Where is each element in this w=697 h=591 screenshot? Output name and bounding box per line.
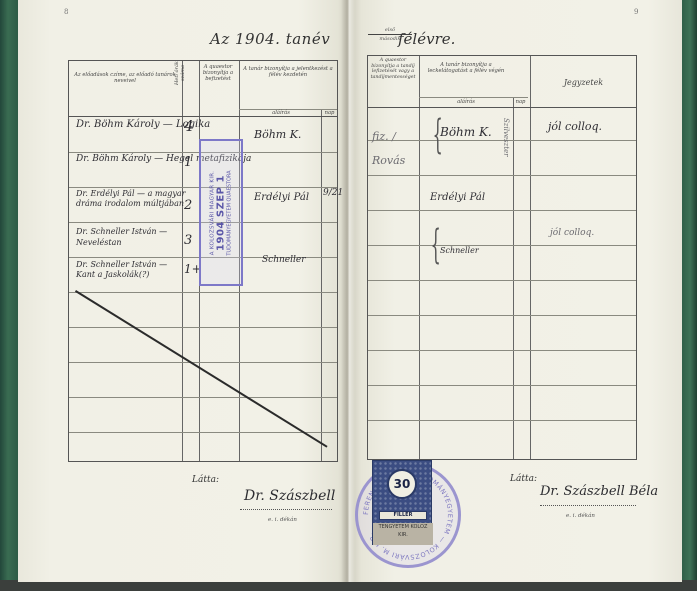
header-professor-attendance: A tanár bizonyítja a leckelátogatást a f…	[420, 62, 512, 74]
signature-line	[240, 509, 332, 510]
page-number-right: 9	[634, 8, 638, 16]
professor-signature: Böhm K.	[254, 128, 301, 141]
header-tuition-payment: A quaestor bizonyítja a tandíj lefizetés…	[369, 58, 417, 80]
notes-entry: jól colloq.	[550, 228, 594, 238]
professor-signature: Schneller	[440, 246, 479, 255]
dean-signature-left: Dr. Szászbell	[244, 488, 335, 504]
stamp-value: 30	[387, 469, 417, 499]
revenue-stamp: 30 FILLÉR TENGYETEM KOLOZ KIR.	[372, 460, 432, 545]
margin-note: Szilveszter	[502, 118, 510, 157]
professor-signature: Böhm K.	[440, 125, 492, 139]
header-day: nap	[321, 110, 338, 116]
header-notes: Jegyzetek	[530, 80, 637, 86]
stamp-currency: FILLÉR	[379, 511, 427, 520]
header-day: nap	[512, 99, 529, 105]
header-weekly-hours: Heti órák száma	[174, 53, 186, 93]
quaestor-mark: fiz. / Rovás	[372, 125, 416, 173]
left-page-title: Az 1904. tanév	[210, 30, 330, 48]
right-page-title: félévre.	[398, 30, 455, 48]
hours-entry: 4	[184, 117, 194, 135]
professor-signature: Schneller	[262, 255, 306, 265]
dean-signature-right: Dr. Szászbell Béla	[540, 484, 658, 499]
lecture-entry: Dr. Erdélyi Pál — a magyar dráma irodalo…	[76, 189, 186, 209]
notes-entry: jól colloq.	[548, 120, 602, 133]
hours-entry: 3	[184, 233, 192, 248]
lecture-entry: Dr. Schneller István — Kant a Jaskolák(?…	[76, 260, 184, 280]
page-number-left: 8	[64, 8, 68, 16]
header-quaestor-payment: A quaestor bizonyítja a befizetést	[199, 64, 237, 82]
professor-signature: Erdélyi Pál	[430, 192, 485, 203]
signature-line	[540, 505, 636, 506]
hours-entry: 2	[184, 198, 192, 213]
stamp-overprint: TENGYETEM KOLOZ KIR.	[373, 523, 433, 545]
header-lectures: Az előadások czíme, az előadó tanárok ne…	[70, 72, 180, 84]
book-gutter	[341, 0, 355, 582]
dean-title-left: e. i. dékán	[268, 517, 297, 523]
header-signature: aláírás	[420, 99, 512, 105]
hours-entry: 1	[184, 155, 192, 170]
bracket: {	[431, 222, 441, 268]
date-entry: 9/21	[323, 188, 343, 198]
latta-label-right: Látta:	[510, 474, 537, 484]
lecture-entry: Dr. Schneller István — Neveléstan	[76, 226, 184, 248]
professor-signature: Erdélyi Pál	[254, 192, 309, 203]
header-signature: aláírás	[242, 110, 320, 116]
right-register-table	[367, 55, 637, 460]
header-professor-enrollment: A tanár bizonyítja a jelentkezést a félé…	[242, 66, 334, 78]
latta-label-left: Látta:	[192, 475, 219, 485]
quaestor-date-stamp: A KOLOZSVÁRI MAGYAR KIR. 1904 SZEP 1 TUD…	[199, 139, 243, 286]
dean-title-right: e. i. dékán	[566, 513, 595, 519]
